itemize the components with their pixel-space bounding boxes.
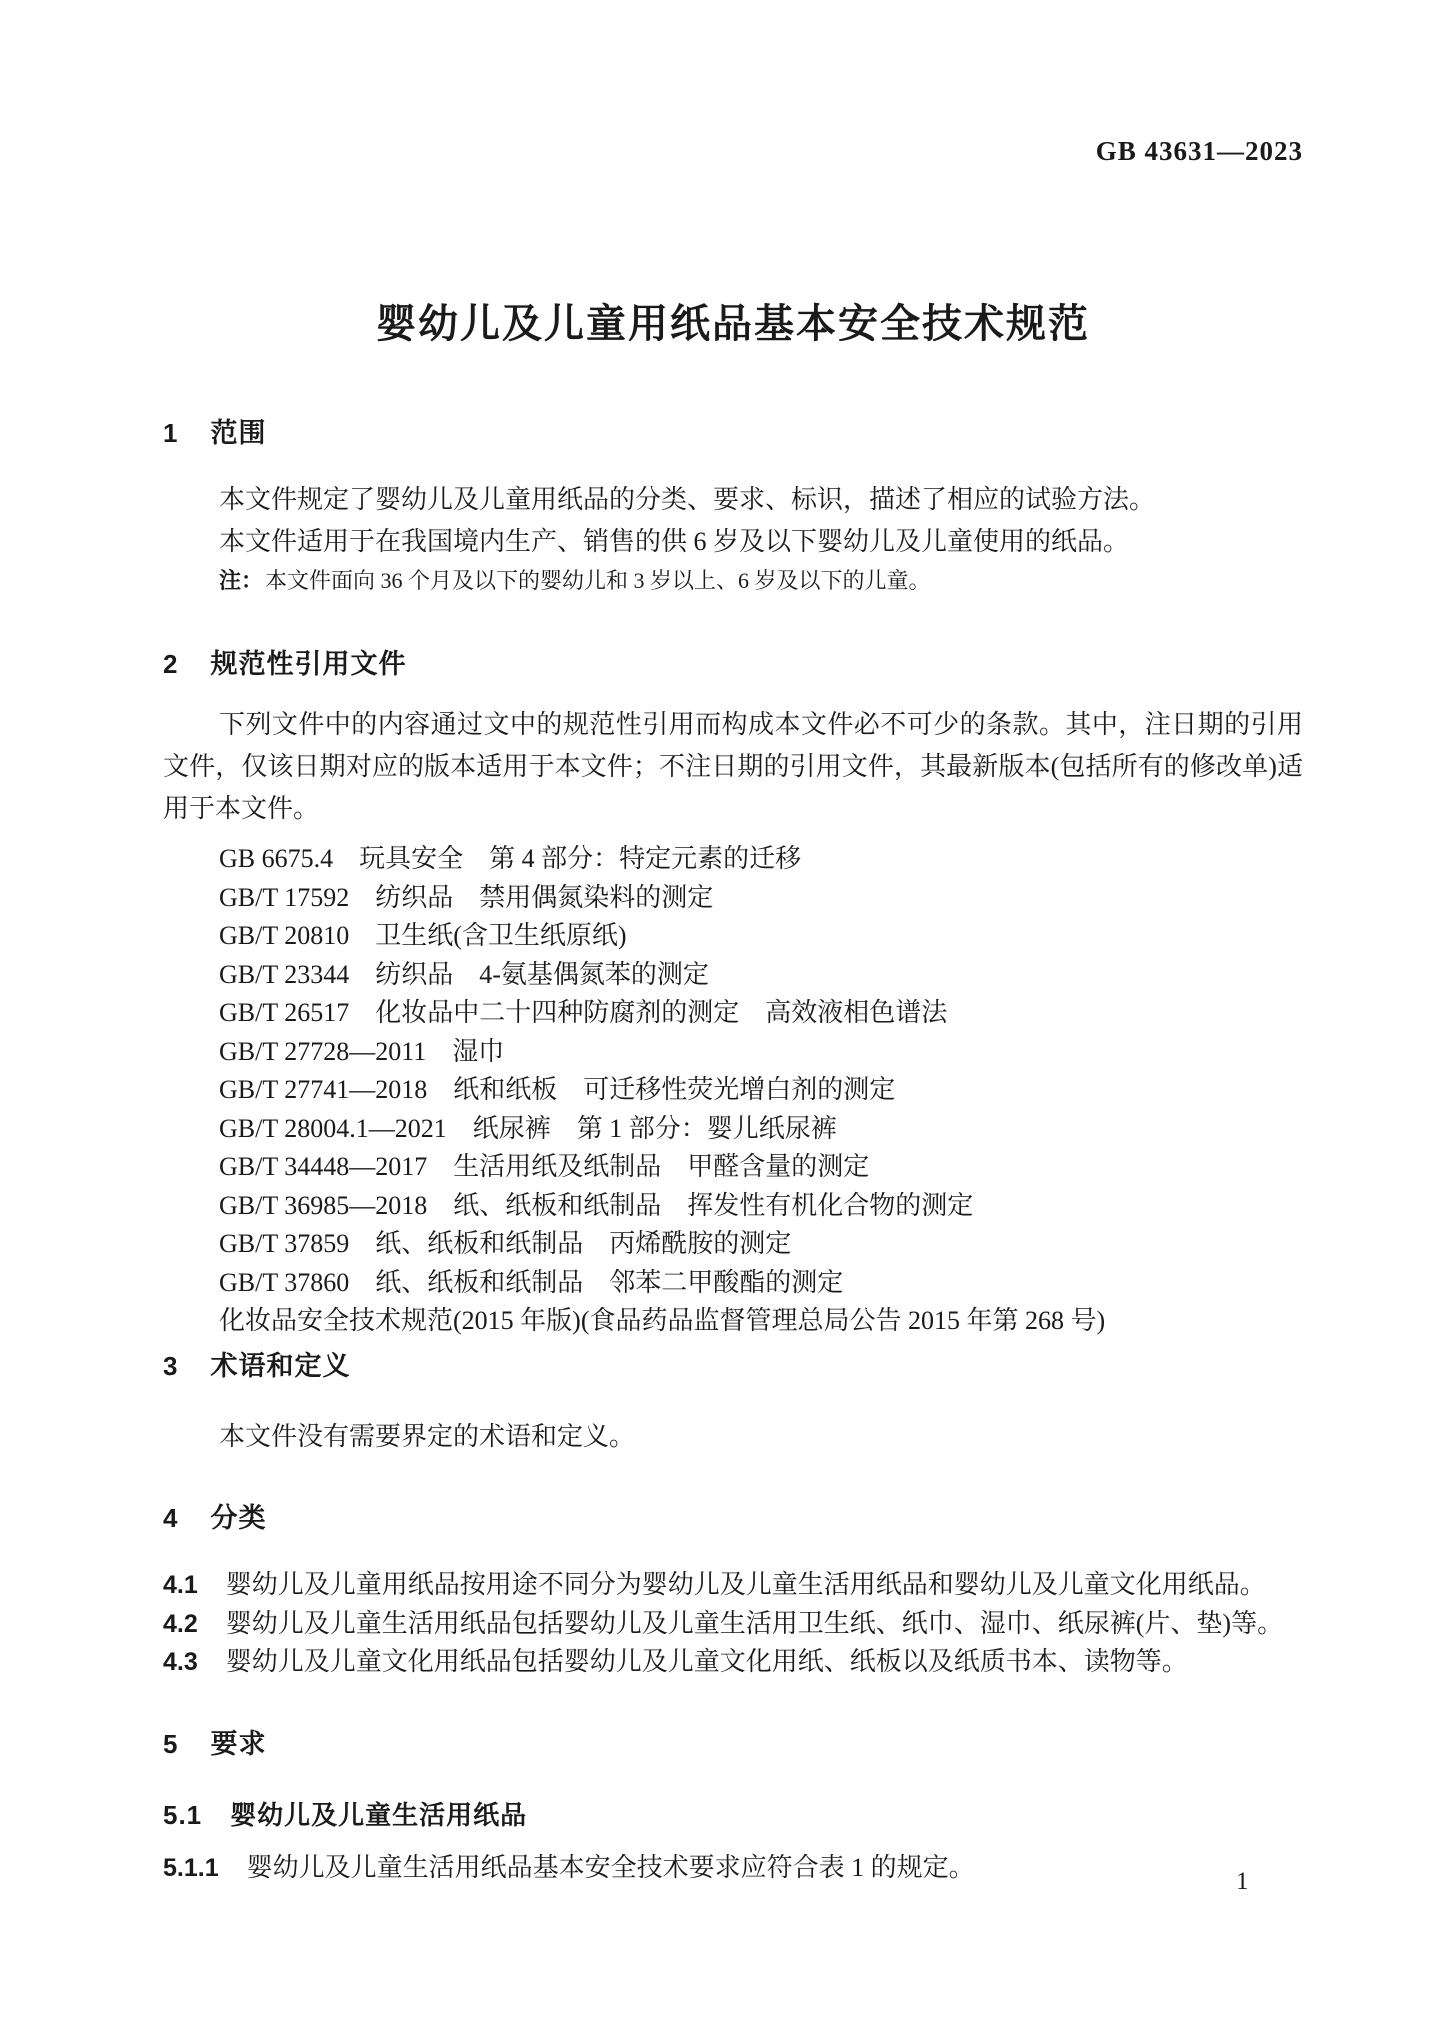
- section-5-1-number: 5.1: [163, 1800, 202, 1831]
- section-2-heading: 2规范性引用文件: [163, 642, 1303, 681]
- section-3-heading: 3术语和定义: [163, 1344, 1303, 1383]
- clause-4-2: 4.2婴幼儿及儿童生活用纸品包括婴幼儿及儿童生活用卫生纸、纸巾、湿巾、纸尿裤(片…: [163, 1605, 1303, 1644]
- section-3-title: 术语和定义: [210, 1351, 350, 1381]
- doc-number: GB 43631—2023: [163, 136, 1303, 167]
- scope-paragraph-1: 本文件规定了婴幼儿及儿童用纸品的分类、要求、标识，描述了相应的试验方法。: [163, 479, 1303, 521]
- section-5-number: 5: [163, 1729, 178, 1760]
- reference-item: 化妆品安全技术规范(2015 年版)(食品药品监督管理总局公告 2015 年第 …: [219, 1302, 1303, 1341]
- clause-number: 4.3: [163, 1648, 198, 1676]
- document-page: GB 43631—2023 婴幼儿及儿童用纸品基本安全技术规范 1范围 本文件规…: [0, 0, 1445, 2044]
- reference-item: GB/T 28004.1—2021 纸尿裤 第 1 部分：婴儿纸尿裤: [219, 1110, 1303, 1149]
- clause-number: 5.1.1: [163, 1854, 219, 1882]
- section-5-title: 要求: [210, 1729, 266, 1759]
- section-5-1-heading: 5.1婴幼儿及儿童生活用纸品: [163, 1795, 1303, 1832]
- reference-item: GB/T 36985—2018 纸、纸板和纸制品 挥发性有机化合物的测定: [219, 1187, 1303, 1226]
- section-2-title: 规范性引用文件: [210, 649, 406, 679]
- section-1-number: 1: [163, 418, 178, 449]
- reference-item: GB/T 20810 卫生纸(含卫生纸原纸): [219, 917, 1303, 956]
- reference-item: GB 6675.4 玩具安全 第 4 部分：特定元素的迁移: [219, 840, 1303, 879]
- section-5-heading: 5要求: [163, 1722, 1303, 1761]
- section-3-number: 3: [163, 1351, 178, 1382]
- clause-4-3: 4.3婴幼儿及儿童文化用纸品包括婴幼儿及儿童文化用纸、纸板以及纸质书本、读物等。: [163, 1643, 1303, 1682]
- clause-text: 婴幼儿及儿童生活用纸品包括婴幼儿及儿童生活用卫生纸、纸巾、湿巾、纸尿裤(片、垫)…: [226, 1609, 1283, 1638]
- scope-paragraph-2: 本文件适用于在我国境内生产、销售的供 6 岁及以下婴幼儿及儿童使用的纸品。: [163, 521, 1303, 563]
- clause-number: 4.2: [163, 1610, 198, 1638]
- section-2-number: 2: [163, 649, 178, 680]
- reference-item: GB/T 37860 纸、纸板和纸制品 邻苯二甲酸酯的测定: [219, 1264, 1303, 1303]
- scope-note: 注：本文件面向 36 个月及以下的婴幼儿和 3 岁以上、6 岁及以下的儿童。: [163, 564, 1303, 598]
- page-number: 1: [1236, 1868, 1249, 1896]
- reference-item: GB/T 26517 化妆品中二十四种防腐剂的测定 高效液相色谱法: [219, 994, 1303, 1033]
- document-title: 婴幼儿及儿童用纸品基本安全技术规范: [163, 292, 1303, 349]
- clause-4-1: 4.1婴幼儿及儿童用纸品按用途不同分为婴幼儿及儿童生活用纸品和婴幼儿及儿童文化用…: [163, 1566, 1303, 1605]
- reference-item: GB/T 34448—2017 生活用纸及纸制品 甲醛含量的测定: [219, 1148, 1303, 1187]
- references-intro: 下列文件中的内容通过文中的规范性引用而构成本文件必不可少的条款。其中，注日期的引…: [163, 704, 1303, 830]
- clause-number: 4.1: [163, 1571, 198, 1599]
- section-4-title: 分类: [210, 1503, 266, 1533]
- note-label: 注：: [219, 568, 263, 593]
- reference-item: GB/T 27741—2018 纸和纸板 可迁移性荧光增白剂的测定: [219, 1071, 1303, 1110]
- note-text: 本文件面向 36 个月及以下的婴幼儿和 3 岁以上、6 岁及以下的儿童。: [265, 568, 931, 593]
- clause-text: 婴幼儿及儿童文化用纸品包括婴幼儿及儿童文化用纸、纸板以及纸质书本、读物等。: [226, 1647, 1188, 1676]
- references-list: GB 6675.4 玩具安全 第 4 部分：特定元素的迁移 GB/T 17592…: [163, 840, 1303, 1341]
- section-4-number: 4: [163, 1503, 178, 1534]
- terms-paragraph: 本文件没有需要界定的术语和定义。: [163, 1416, 1303, 1458]
- section-5-1-title: 婴幼儿及儿童生活用纸品: [230, 1800, 527, 1830]
- reference-item: GB/T 27728—2011 湿巾: [219, 1033, 1303, 1072]
- section-4-heading: 4分类: [163, 1496, 1303, 1535]
- section-1-title: 范围: [210, 418, 266, 448]
- section-1-heading: 1范围: [163, 411, 1303, 450]
- clause-text: 婴幼儿及儿童生活用纸品基本安全技术要求应符合表 1 的规定。: [247, 1853, 975, 1882]
- clause-5-1-1: 5.1.1婴幼儿及儿童生活用纸品基本安全技术要求应符合表 1 的规定。: [163, 1849, 1303, 1888]
- reference-item: GB/T 23344 纺织品 4-氨基偶氮苯的测定: [219, 956, 1303, 995]
- reference-item: GB/T 17592 纺织品 禁用偶氮染料的测定: [219, 879, 1303, 918]
- clause-text: 婴幼儿及儿童用纸品按用途不同分为婴幼儿及儿童生活用纸品和婴幼儿及儿童文化用纸品。: [226, 1570, 1266, 1599]
- reference-item: GB/T 37859 纸、纸板和纸制品 丙烯酰胺的测定: [219, 1225, 1303, 1264]
- classification-list: 4.1婴幼儿及儿童用纸品按用途不同分为婴幼儿及儿童生活用纸品和婴幼儿及儿童文化用…: [163, 1566, 1303, 1682]
